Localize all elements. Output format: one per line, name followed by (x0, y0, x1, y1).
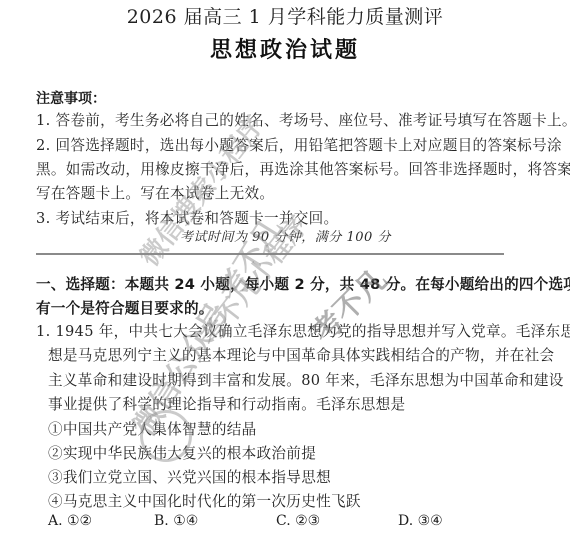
exam-subtitle: 2026 届高三 1 月学科能力质量测评 (0, 2, 570, 29)
question-1-stem-line-2: 想是马克思列宁主义的基本理论与中国革命具体实践相结合的产物，并在社会 (48, 344, 554, 365)
notice-line-2: 2. 回答选择题时，选出每小题答案后，用铅笔把答题卡上对应题目的答案标号涂 (36, 134, 562, 155)
choice-a: A. ①② (48, 513, 92, 529)
question-1-stem-line-3: 主义革命和建设时期得到丰富和发展。80 年来，毛泽东思想为中国革命和建设 (48, 369, 564, 390)
question-1-statement-3: ③我们立党立国、兴党兴国的根本指导思想 (48, 466, 331, 487)
watermark-logo-icon (140, 410, 192, 462)
choice-d: D. ③④ (398, 513, 443, 529)
choice-b: B. ①④ (154, 513, 198, 529)
notice-line-4: 写在答题卡上。写在本试卷上无效。 (36, 182, 274, 203)
section-intro-line-1: 一、选择题：本题共 24 小题，每小题 2 分，共 48 分。在每小题给出的四个… (36, 273, 570, 294)
question-1-statement-4: ④马克思主义中国化时代化的第一次历史性飞跃 (48, 490, 361, 511)
choice-c: C. ②③ (276, 513, 320, 529)
question-1-stem-line-4: 事业提供了科学的理论指导和行动指南。毛泽东思想是 (48, 393, 405, 414)
notice-line-3: 黑。如需改动，用橡皮擦干净后，再选涂其他答案标号。回答非选择题时，将答案 (36, 158, 570, 179)
notice-heading: 注意事项： (36, 88, 106, 108)
exam-title: 思想政治试题 (0, 33, 570, 64)
notice-line-1: 1. 答卷前，考生务必将自己的姓名、考场号、座位号、准考证号填写在答题卡上。 (36, 109, 570, 130)
